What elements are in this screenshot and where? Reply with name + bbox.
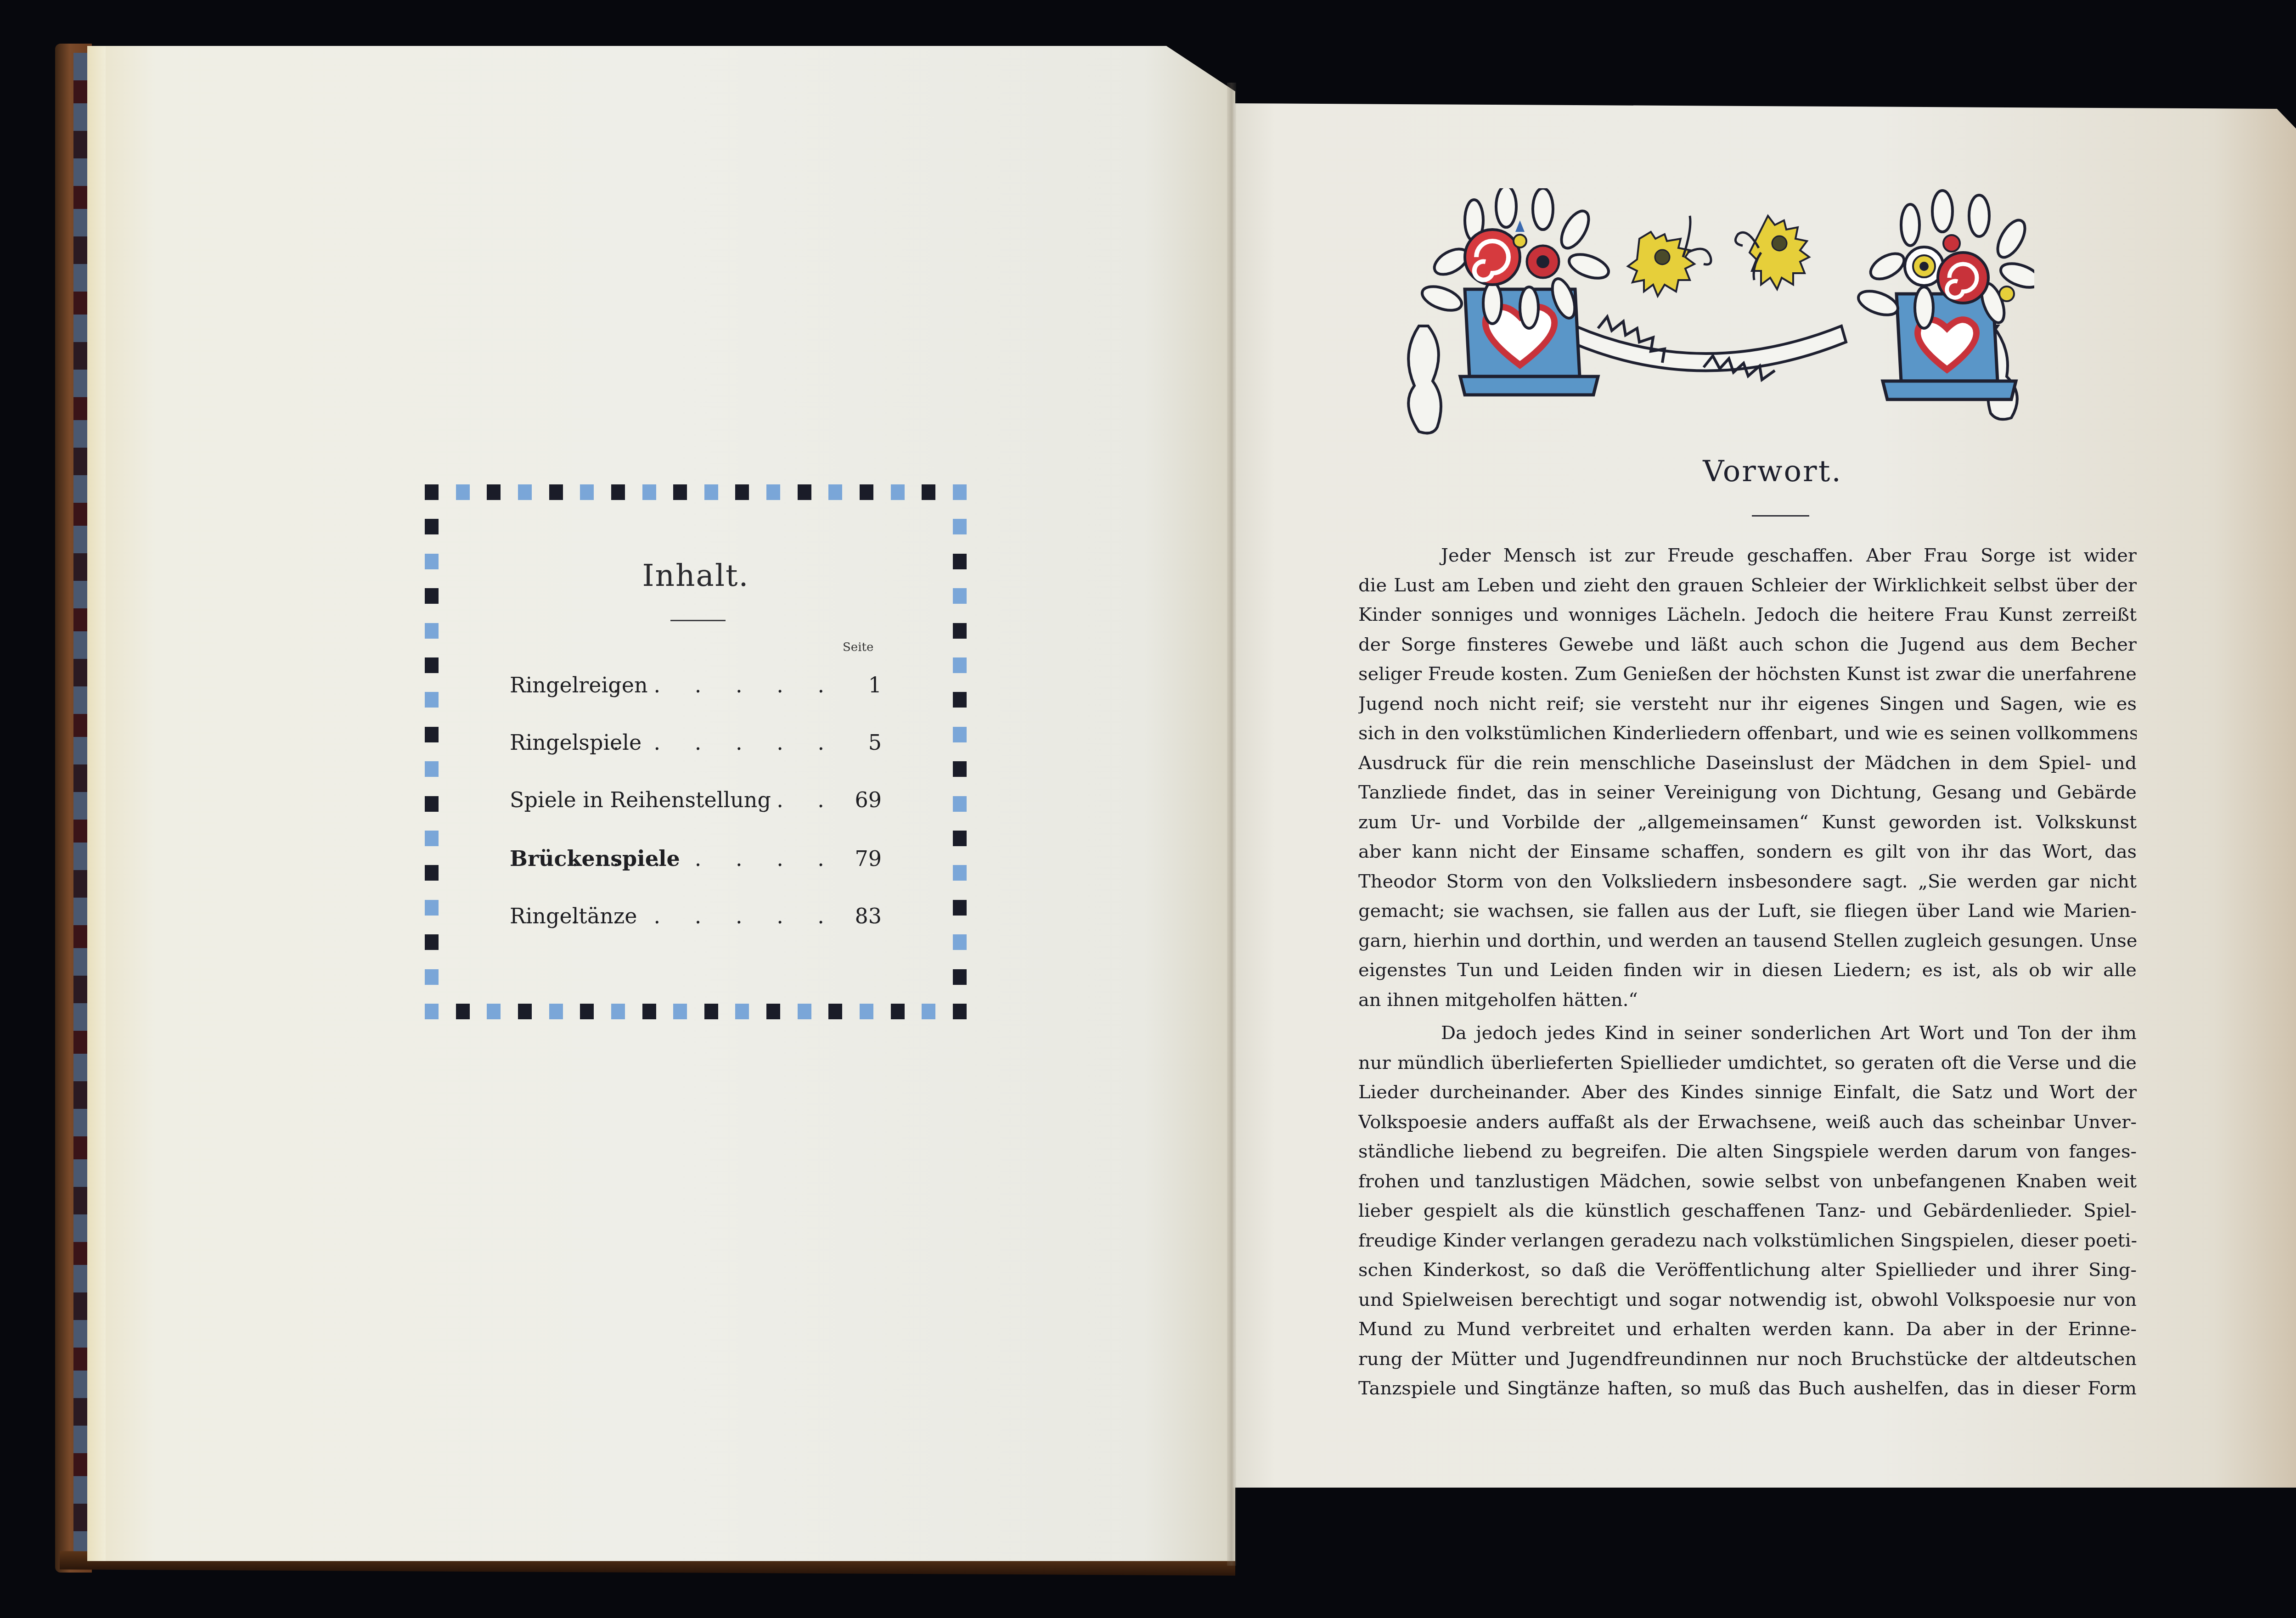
frame-square: [828, 484, 842, 500]
frame-square: [425, 865, 439, 881]
flower-pot-garland-illustration: [1382, 188, 2034, 459]
frame-square: [766, 484, 780, 500]
text-line: aber kann nicht der Einsame schaffen, so…: [1358, 837, 2137, 867]
frame-square: [891, 1004, 905, 1019]
frame-square: [487, 484, 501, 500]
text-line: lieber gespielt als die künstlich gescha…: [1358, 1196, 2137, 1226]
frame-square: [425, 934, 439, 950]
paragraph-2: Da jedoch jedes Kind in seiner sonderlic…: [1358, 1018, 2137, 1404]
text-line: seliger Freude kosten. Zum Genießen der …: [1358, 659, 2137, 689]
text-line: frohen und tanzlustigen Mädchen, sowie s…: [1358, 1167, 2137, 1197]
frame-square: [611, 1004, 625, 1019]
left-page-fore-edge: [87, 46, 106, 1561]
frame-square: [953, 761, 967, 777]
frame-square: [425, 969, 439, 985]
frame-square: [798, 1004, 811, 1019]
text-line: Mund zu Mund verbreitet und erhalten wer…: [1358, 1315, 2137, 1344]
toc-leader-dots: . . . . . . .: [572, 846, 838, 871]
frame-square: [518, 484, 532, 500]
preface-title: Vorwort.: [1635, 455, 1910, 489]
frame-square: [456, 484, 470, 500]
frame-square: [425, 623, 439, 639]
frame-square: [953, 796, 967, 812]
preface-body: Jeder Mensch ist zur Freude geschaffen. …: [1358, 541, 2137, 1404]
paragraph-1: Jeder Mensch ist zur Freude geschaffen. …: [1358, 541, 2137, 1015]
frame-square: [953, 969, 967, 985]
text-line: ständliche liebend zu begreifen. Die alt…: [1358, 1137, 2137, 1167]
frame-square: [953, 1004, 967, 1019]
frame-square: [425, 657, 439, 673]
frame-square: [953, 831, 967, 846]
frame-square: [922, 484, 935, 500]
frame-square: [704, 484, 718, 500]
text-line: die Lust am Leben und zieht den grauen S…: [1358, 571, 2137, 601]
toc-leader-dots: . . . . . . .: [572, 904, 838, 928]
toc-leader-dots: . . . . . .: [613, 730, 838, 755]
frame-square: [673, 484, 687, 500]
text-line: rung der Mütter und Jugendfreundinnen nu…: [1358, 1344, 2137, 1374]
toc-entry[interactable]: Ringelspiele . . . . . . 5: [510, 730, 886, 762]
frame-square: [580, 484, 594, 500]
frame-square: [735, 1004, 749, 1019]
toc-leader-dots: . . . . . .: [613, 673, 838, 697]
book-gutter: [1227, 83, 1236, 1566]
frame-square: [953, 588, 967, 604]
frame-square: [860, 484, 873, 500]
text-line: schen Kinderkost, so daß die Veröffentli…: [1358, 1255, 2137, 1285]
frame-square: [953, 657, 967, 673]
frame-square: [953, 900, 967, 916]
frame-square: [828, 1004, 842, 1019]
text-line: der Sorge finsteres Gewebe und läßt auch…: [1358, 630, 2137, 660]
text-line: eigenstes Tun und Leiden finden wir in d…: [1358, 955, 2137, 985]
frame-square: [953, 484, 967, 500]
text-line: Kinder sonniges und wonniges Lächeln. Je…: [1358, 600, 2137, 630]
text-line: Tanzliede findet, das in seiner Vereinig…: [1358, 778, 2137, 808]
toc-entry-page: 79: [845, 846, 882, 871]
text-line: an ihnen mitgeholfen hätten.“: [1358, 985, 2137, 1015]
frame-square: [425, 692, 439, 708]
frame-square: [642, 1004, 656, 1019]
text-line: Ausdruck für die rein menschliche Dasein…: [1358, 748, 2137, 778]
frame-square: [642, 484, 656, 500]
toc-entry-label: Spiele in Reihenstellung: [510, 787, 771, 812]
frame-square: [704, 1004, 718, 1019]
text-line: und Spielweisen berechtigt und sogar not…: [1358, 1285, 2137, 1315]
text-line: gemacht; sie wachsen, sie fallen aus der…: [1358, 896, 2137, 926]
text-line: Da jedoch jedes Kind in seiner sonderlic…: [1358, 1018, 2137, 1048]
frame-square: [549, 484, 563, 500]
frame-square: [953, 934, 967, 950]
frame-square: [425, 519, 439, 534]
frame-square: [549, 1004, 563, 1019]
frame-square: [425, 900, 439, 916]
text-line: sich in den volkstümlichen Kinderliedern…: [1358, 719, 2137, 748]
frame-square: [425, 761, 439, 777]
frame-square: [891, 484, 905, 500]
frame-square: [798, 484, 811, 500]
text-line: zum Ur- und Vorbilde der „allgemeinsamen…: [1358, 808, 2137, 837]
frame-square: [673, 1004, 687, 1019]
toc-title: Inhalt.: [620, 558, 771, 593]
frame-square: [456, 1004, 470, 1019]
text-line: Jeder Mensch ist zur Freude geschaffen. …: [1358, 541, 2137, 571]
frame-square: [953, 554, 967, 569]
text-line: Jugend noch nicht reif; sie versteht nur…: [1358, 689, 2137, 719]
frame-square: [735, 484, 749, 500]
toc-page-column-label: Seite: [843, 640, 873, 654]
text-line: garn, hierhin und dorthin, und werden an…: [1358, 926, 2137, 956]
frame-square: [425, 831, 439, 846]
frame-square: [425, 796, 439, 812]
frame-square: [580, 1004, 594, 1019]
left-flower-pot-icon: [1419, 188, 1612, 395]
frame-square: [425, 727, 439, 742]
text-line: Theodor Storm von den Volksliedern insbe…: [1358, 867, 2137, 897]
frame-square: [766, 1004, 780, 1019]
text-line: freudige Kinder verlangen geradezu nach …: [1358, 1226, 2137, 1256]
frame-square: [860, 1004, 873, 1019]
frame-square: [953, 727, 967, 742]
text-line: Tanzspiele und Singtänze haften, so muß …: [1358, 1374, 2137, 1404]
toc-entry-page: 83: [845, 904, 882, 928]
frame-square: [953, 623, 967, 639]
frame-square: [922, 1004, 935, 1019]
frame-square: [953, 865, 967, 881]
frame-square: [953, 519, 967, 534]
frame-square: [487, 1004, 501, 1019]
frame-square: [611, 484, 625, 500]
toc-leader-dots: . .: [777, 787, 838, 812]
butterfly-left-icon: [1628, 216, 1711, 296]
toc-entry[interactable]: Spiele in Reihenstellung . . 69: [510, 787, 886, 820]
frame-square: [425, 588, 439, 604]
toc-title-rule: [670, 620, 726, 621]
frame-square: [425, 1004, 439, 1019]
toc-entry[interactable]: Ringeltänze . . . . . . . 83: [510, 904, 886, 936]
toc-entry-page: 1: [845, 673, 882, 697]
frame-square: [425, 554, 439, 569]
frame-square: [425, 484, 439, 500]
toc-entry-page: 5: [845, 730, 882, 755]
frame-square: [953, 692, 967, 708]
butterfly-right-icon: [1735, 216, 1809, 289]
text-line: nur mündlich überlieferten Spiellieder u…: [1358, 1048, 2137, 1078]
frame-square: [518, 1004, 532, 1019]
toc-entry[interactable]: Brückenspiele . . . . . . . 79: [510, 846, 886, 878]
toc-entry[interactable]: Ringelreigen . . . . . . 1: [510, 673, 886, 705]
preface-title-rule: [1752, 515, 1809, 517]
toc-entry-page: 69: [845, 787, 882, 812]
text-line: Lieder durcheinander. Aber des Kindes si…: [1358, 1078, 2137, 1107]
text-line: Volkspoesie anders auffaßt als der Erwac…: [1358, 1107, 2137, 1137]
